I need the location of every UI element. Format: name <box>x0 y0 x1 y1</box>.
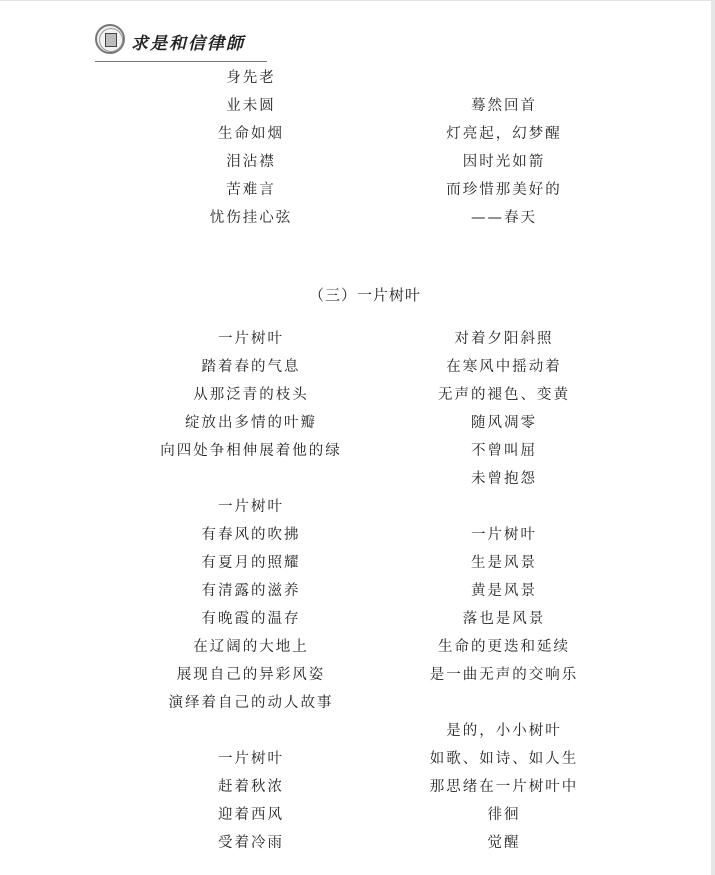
poem-line: 泪沾襟 <box>120 152 382 172</box>
poem-line: 有晚霞的温存 <box>120 609 382 629</box>
poem-line: 觉醒 <box>373 833 635 853</box>
poem-line: 演绎着自己的动人故事 <box>120 693 382 713</box>
poem-line: 绽放出多情的叶瓣 <box>120 413 382 433</box>
poem-line: 在辽阔的大地上 <box>120 637 382 657</box>
poem-line: 从那泛青的枝头 <box>120 385 382 405</box>
poem-line: 蓦然回首 <box>373 96 635 116</box>
poem-line: 赶着秋浓 <box>120 777 382 797</box>
poem-line: 一片树叶 <box>120 497 382 517</box>
poem-line: 生命如烟 <box>120 124 382 144</box>
poem-line: 受着冷雨 <box>120 833 382 853</box>
poem-line: 一片树叶 <box>373 525 635 545</box>
poem-line: 因时光如箭 <box>373 152 635 172</box>
poem-line: 未曾抱怨 <box>373 469 635 489</box>
poem-line: 业未圆 <box>120 96 382 116</box>
poem-line: 落也是风景 <box>373 609 635 629</box>
brand-name: 求是和信律師 <box>131 29 245 54</box>
poem-line: 在寒风中摇动着 <box>373 357 635 377</box>
poem-line: 生是风景 <box>373 553 635 573</box>
poem-line: 黄是风景 <box>373 581 635 601</box>
poem-line: 忧伤挂心弦 <box>120 208 382 228</box>
poem-line: 生命的更迭和延续 <box>373 637 635 657</box>
seal-logo-icon <box>95 24 125 54</box>
poem-line: 展现自己的异彩风姿 <box>120 665 382 685</box>
poem-line: 有清露的滋养 <box>120 581 382 601</box>
poem-line: 苦难言 <box>120 180 382 200</box>
section-title: （三）一片树叶 <box>0 284 715 305</box>
poem-line: 有春风的吹拂 <box>120 525 382 545</box>
poem-line: 是的，小小树叶 <box>373 721 635 741</box>
poem-line: 对着夕阳斜照 <box>373 329 635 349</box>
poem-signoff: ——春天 <box>373 208 635 228</box>
poem-line: 迎着西风 <box>120 805 382 825</box>
poem-line: 向四处争相伸展着他的绿 <box>120 441 382 461</box>
poem-line: 而珍惜那美好的 <box>373 180 635 200</box>
poem-line: 一片树叶 <box>120 749 382 769</box>
poem-line: 无声的褪色、变黄 <box>373 385 635 405</box>
poem-line: 身先老 <box>120 68 382 88</box>
poem-line: 如歌、如诗、如人生 <box>373 749 635 769</box>
poem-line: 随风凋零 <box>373 413 635 433</box>
poem-line: 徘徊 <box>373 805 635 825</box>
page-top-edge <box>0 0 715 1</box>
page-header: 求是和信律師 <box>95 22 267 62</box>
poem-line: 那思绪在一片树叶中 <box>373 777 635 797</box>
page-right-edge <box>711 0 715 875</box>
header-divider <box>95 61 267 62</box>
poem-line: 不曾叫屈 <box>373 441 635 461</box>
poem-line: 踏着春的气息 <box>120 357 382 377</box>
poem-line: 灯亮起，幻梦醒 <box>373 124 635 144</box>
poem-line: 有夏月的照耀 <box>120 553 382 573</box>
poem-line: 是一曲无声的交响乐 <box>373 665 635 685</box>
poem-line: 一片树叶 <box>120 329 382 349</box>
